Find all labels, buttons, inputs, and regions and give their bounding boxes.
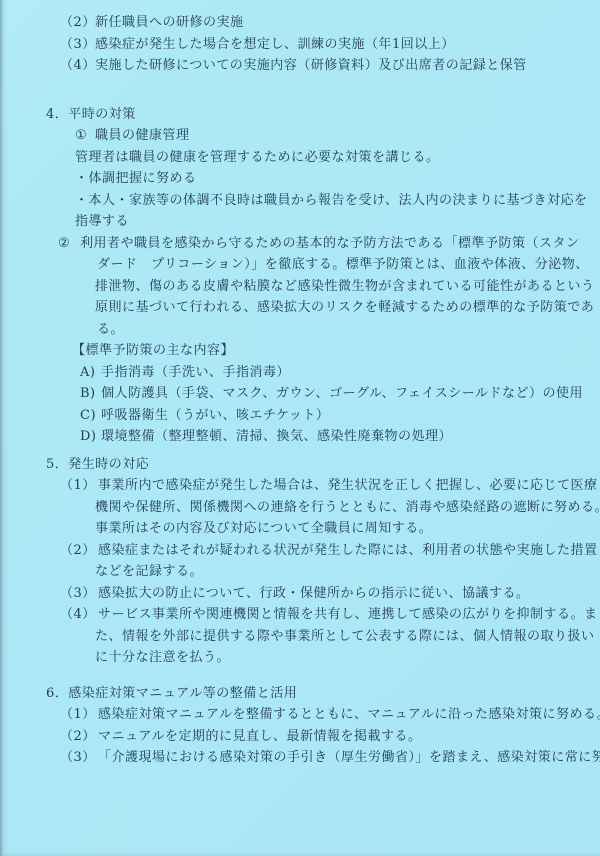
item-letter: B) [80, 383, 101, 405]
item-text: 実施した研修についての実施内容（研修資料）及び出席者の記録と保管 [95, 55, 527, 77]
continuation-line: 排泄物、傷のある皮膚や粘膜など感染性微生物が含まれている可能性があるという [0, 276, 600, 298]
standard-precautions-heading: 【標準予防策の主な内容】 [0, 340, 600, 362]
item-text: 環境整備（整理整頓、清掃、換気、感染性廃棄物の処理） [101, 426, 452, 448]
precaution-item: C) 呼吸器衛生（うがい、咳エチケット） [0, 405, 600, 427]
continuation-line: に十分な注意を払う。 [0, 647, 600, 669]
item-number: （2） [60, 726, 98, 748]
scanned-document-page: （2） 新任職員への研修の実施 （3） 感染症が発生した場合を想定し、訓練の実施… [0, 0, 600, 856]
continuation-line: 事業所はその内容及び対応について全職員に周知する。 [0, 518, 600, 540]
item-number: （2） [60, 12, 95, 34]
item-letter: D) [80, 426, 101, 448]
continuation-line: ダード プリコーション）」を徹底する。標準予防策とは、血液や体液、分泌物、 [0, 254, 600, 276]
item-number: （3） [60, 34, 95, 56]
intro-item: （4） 実施した研修についての実施内容（研修資料）及び出席者の記録と保管 [0, 55, 600, 77]
item-text: 職員の健康管理 [95, 125, 190, 147]
response-item: （4） サービス事業所や関連機関と情報を共有し、連携して感染の広がりを抑制する。… [0, 604, 600, 626]
item-number: （1） [60, 704, 98, 726]
item-number: （4） [60, 604, 98, 626]
continuation-line: などを記録する。 [0, 561, 600, 583]
item-text: 個人防護具（手袋、マスク、ガウン、ゴーグル、フェイスシールドなど）の使用 [101, 383, 583, 405]
item-text: マニュアルを定期的に見直し、最新情報を掲載する。 [98, 726, 421, 748]
continuation-line: た、情報を外部に提供する際や事業所として公表する際には、個人情報の取り扱い [0, 626, 600, 648]
item-text: 新任職員への研修の実施 [95, 12, 244, 34]
item-letter: C) [80, 405, 101, 427]
bullet-line: ・本人・家族等の体調不良時は職員から報告を受け、法人内の決まりに基づき対応を [0, 190, 600, 212]
precaution-item: D) 環境整備（整理整頓、清掃、換気、感染性廃棄物の処理） [0, 426, 600, 448]
paragraph-line: 管理者は職員の健康を管理するために必要な対策を講じる。 [0, 147, 600, 169]
section-5-heading: 5．発生時の対応 [0, 454, 600, 476]
continuation-line: 機関や保健所、関係機関への連絡を行うとともに、消毒や感染経路の遮断に努める。 [0, 497, 600, 519]
item-number: （4） [60, 55, 95, 77]
item-number: （3） [60, 583, 98, 605]
section-4-heading: 4．平時の対策 [0, 104, 600, 126]
item-letter: A) [80, 362, 101, 384]
item-text: サービス事業所や関連機関と情報を共有し、連携して感染の広がりを抑制する。ま [98, 604, 598, 626]
scanner-bottom-shadow [0, 852, 600, 856]
section-4-item-2: ② 利用者や職員を感染から守るための基本的な予防方法である「標準予防策（スタン [0, 233, 600, 255]
item-text: 感染症が発生した場合を想定し、訓練の実施（年1回以上） [95, 34, 455, 56]
item-number: （3） [60, 747, 98, 769]
response-item: （2） 感染症またはそれが疑われる状況が発生した際には、利用者の状態や実施した措… [0, 540, 600, 562]
intro-item: （2） 新任職員への研修の実施 [0, 12, 600, 34]
response-item: （1） 事業所内で感染症が発生した場合は、発生状況を正しく把握し、必要に応じて医… [0, 475, 600, 497]
item-number: （2） [60, 540, 98, 562]
item-text: 感染症対策マニュアルを整備するとともに、マニュアルに沿った感染対策に努める。 [98, 704, 600, 726]
item-text: 呼吸器衛生（うがい、咳エチケット） [101, 405, 329, 427]
bullet-line: ・体調把握に努める [0, 168, 600, 190]
response-item: （3） 感染拡大の防止について、行政・保健所からの指示に従い、協議する。 [0, 583, 600, 605]
section-6-heading: 6．感染症対策マニュアル等の整備と活用 [0, 683, 600, 705]
continuation-line: 指導する [0, 211, 600, 233]
item-number: （1） [60, 475, 98, 497]
intro-item: （3） 感染症が発生した場合を想定し、訓練の実施（年1回以上） [0, 34, 600, 56]
precaution-item: B) 個人防護具（手袋、マスク、ガウン、ゴーグル、フェイスシールドなど）の使用 [0, 383, 600, 405]
circled-number: ② [58, 233, 80, 255]
item-text: 感染症またはそれが疑われる状況が発生した際には、利用者の状態や実施した措置 [98, 540, 598, 562]
continuation-line: る。 [0, 319, 600, 341]
continuation-line: 原則に基づいて行われる、感染拡大のリスクを軽減するための標準的な予防策であ [0, 297, 600, 319]
item-text: 「介護現場における感染対策の手引き（厚生労働省）」を踏まえ、感染対策に常に努 [98, 747, 600, 769]
item-text: 感染拡大の防止について、行政・保健所からの指示に従い、協議する。 [98, 583, 529, 605]
item-text: 手指消毒（手洗い、手指消毒） [101, 362, 290, 384]
manual-item: （2） マニュアルを定期的に見直し、最新情報を掲載する。 [0, 726, 600, 748]
precaution-item: A) 手指消毒（手洗い、手指消毒） [0, 362, 600, 384]
item-text: 利用者や職員を感染から守るための基本的な予防方法である「標準予防策（スタン [80, 233, 580, 255]
manual-item: （3） 「介護現場における感染対策の手引き（厚生労働省）」を踏まえ、感染対策に常… [0, 747, 600, 769]
manual-item: （1） 感染症対策マニュアルを整備するとともに、マニュアルに沿った感染対策に努め… [0, 704, 600, 726]
section-4-item-1: ① 職員の健康管理 [0, 125, 600, 147]
circled-number: ① [75, 125, 95, 147]
item-text: 事業所内で感染症が発生した場合は、発生状況を正しく把握し、必要に応じて医療 [98, 475, 598, 497]
